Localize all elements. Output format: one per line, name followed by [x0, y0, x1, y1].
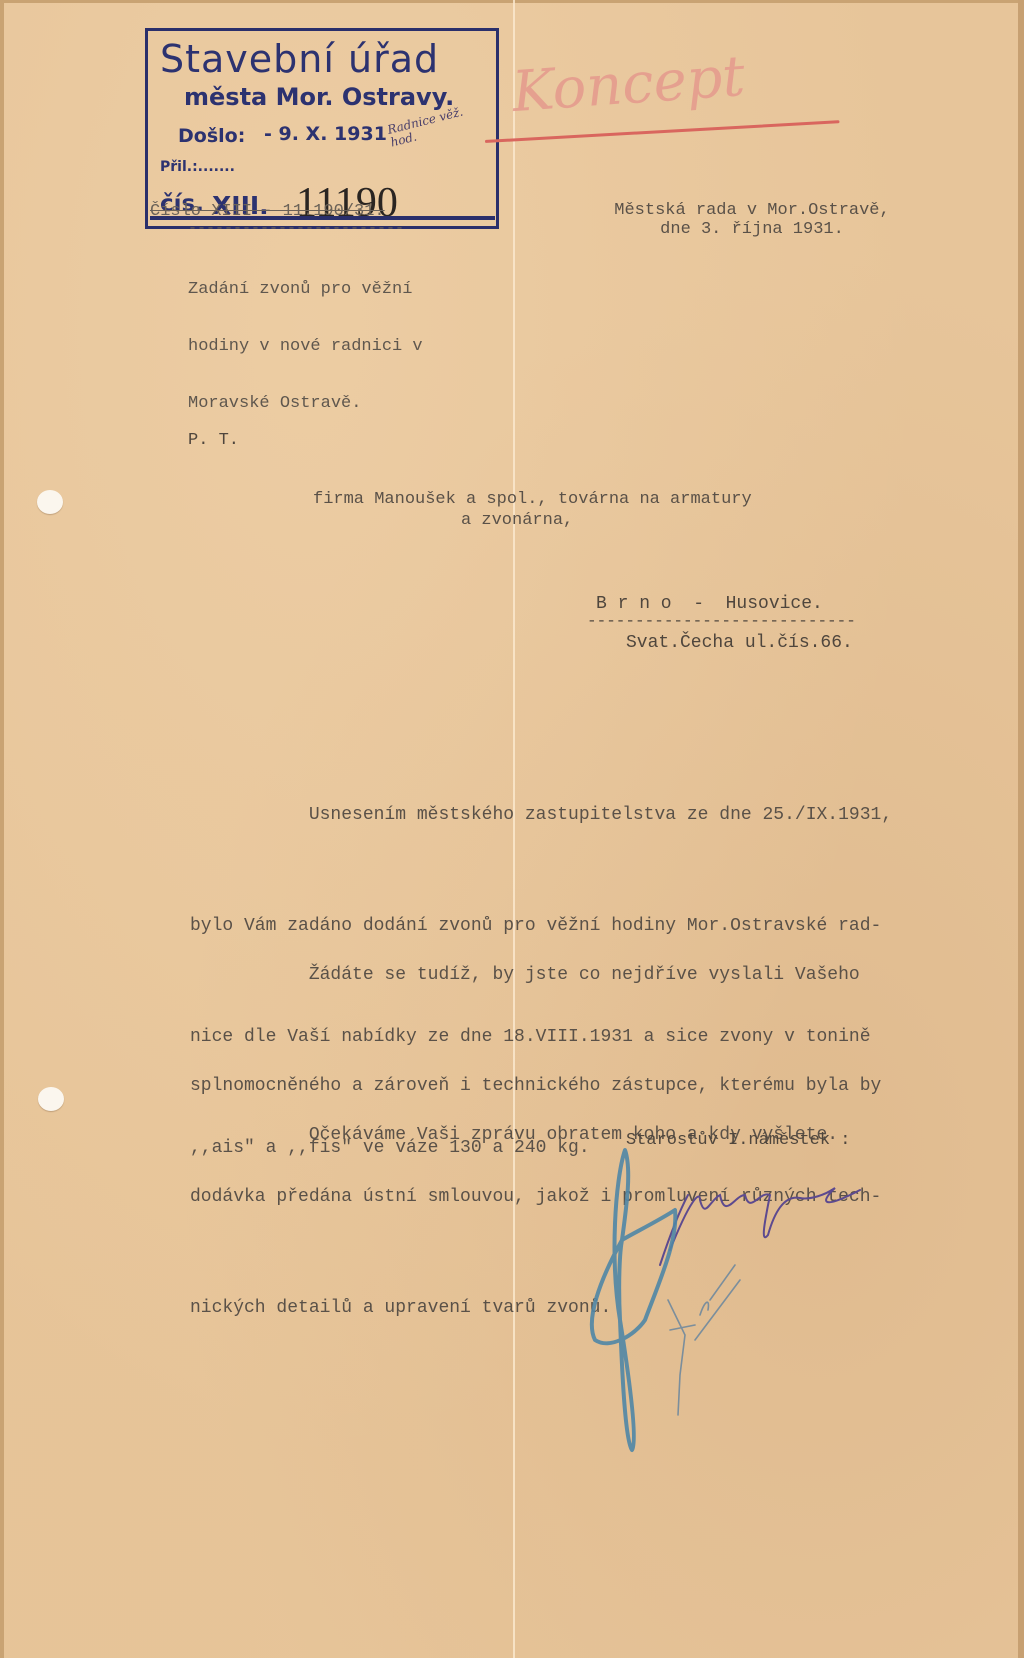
- paper-edge-top: [0, 0, 1024, 3]
- sender-block: Městská rada v Mor.Ostravě, dne 3. října…: [582, 201, 922, 239]
- recipient-city-underline: ----------------------------: [587, 612, 856, 630]
- punch-hole-icon: [37, 490, 63, 514]
- recipient-street: Svat.Čecha ul.čís.66.: [626, 633, 853, 653]
- recipient-name-cont: a zvonárna,: [461, 511, 573, 530]
- body-line: Žádáte se tudíž, by jste co nejdříve vys…: [190, 957, 881, 994]
- subject-line: Zadání zvonů pro věžní: [188, 280, 423, 299]
- reference-dashes: ------------------------: [188, 220, 404, 237]
- red-pencil-underline: [485, 120, 840, 143]
- recipient-name: firma Manoušek a spol., továrna na armat…: [313, 490, 752, 509]
- received-stamp: Stavební úřad města Mor. Ostravy. Došlo:…: [145, 28, 499, 229]
- salutation: P. T.: [188, 431, 239, 450]
- sender-date: dne 3. října 1931.: [582, 220, 922, 239]
- handwritten-signatures-icon: [560, 1140, 960, 1470]
- stamp-attachments-label: Přil.:.......: [160, 159, 235, 175]
- paper-edge-left: [0, 0, 4, 1658]
- subject-line: Moravské Ostravě.: [188, 394, 423, 413]
- subject-line: hodiny v nové radnici v: [188, 337, 423, 356]
- stamp-received-label: Došlo:: [178, 125, 245, 147]
- stamp-city: města Mor. Ostravy.: [184, 83, 454, 111]
- paper-edge-right: [1018, 0, 1024, 1658]
- concept-annotation: Koncept: [510, 44, 747, 125]
- punch-hole-icon: [38, 1087, 64, 1111]
- letter-subject: Zadání zvonů pro věžní hodiny v nové rad…: [188, 242, 423, 432]
- recipient-city: B r n o - Husovice.: [596, 594, 823, 614]
- stamp-received-date: - 9. X. 1931: [264, 123, 387, 145]
- sender-name: Městská rada v Mor.Ostravě,: [582, 201, 922, 220]
- body-line: Usnesením městského zastupitelstva ze dn…: [190, 797, 892, 834]
- stamp-office: Stavební úřad: [160, 37, 439, 81]
